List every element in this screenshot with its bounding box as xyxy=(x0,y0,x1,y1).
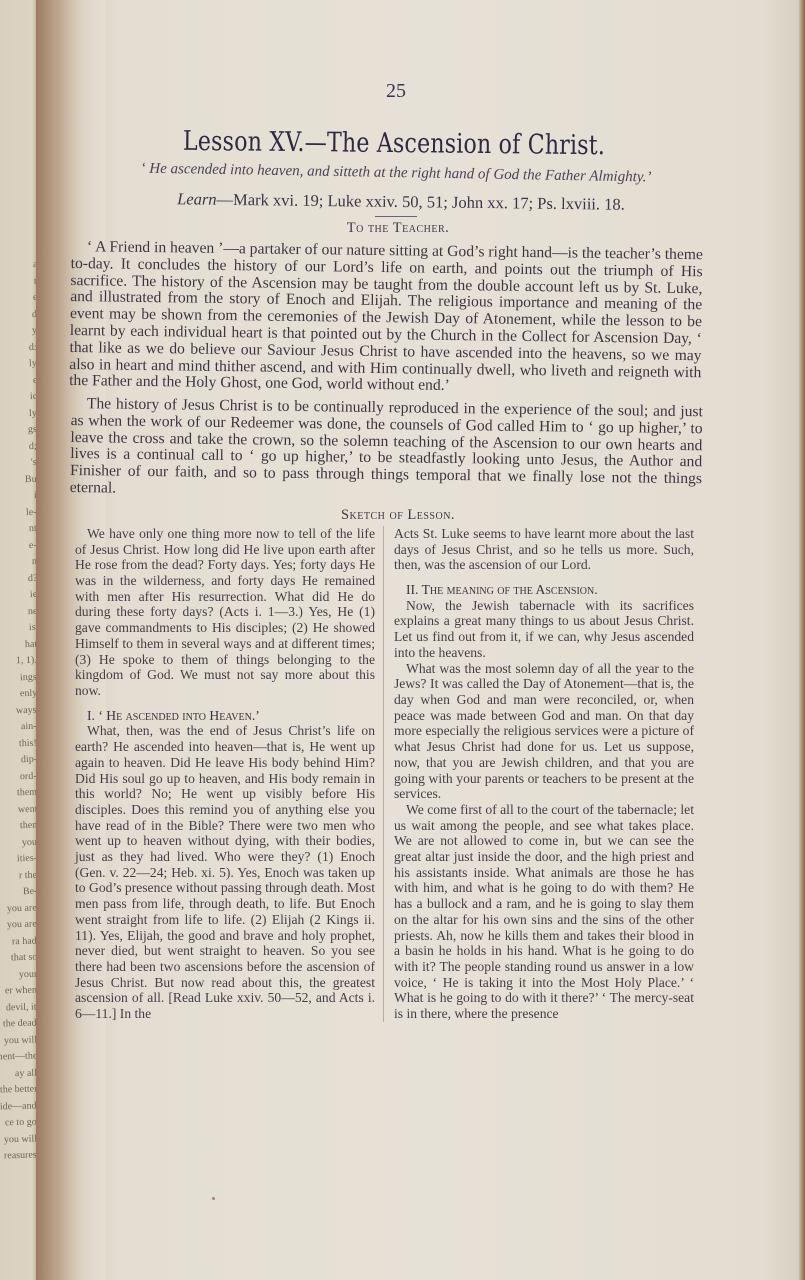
facing-page-text: you are xyxy=(7,918,37,933)
facing-page-text: them xyxy=(17,786,37,801)
facing-page-text: ce to go xyxy=(5,1116,37,1131)
facing-page-text: the better xyxy=(0,1083,37,1098)
right-column: Acts St. Luke seems to have learnt more … xyxy=(384,526,694,1022)
teacher-paragraph-1: ‘ A Friend in heaven ’—a partaker of our… xyxy=(69,239,703,398)
learn-label: Learn xyxy=(177,189,217,208)
learn-references: Learn—Mark xvi. 19; Luke xxiv. 50, 51; J… xyxy=(105,188,697,215)
facing-page-text: you will xyxy=(4,1033,37,1048)
lesson-motto: ‘ He ascended into heaven, and sitteth a… xyxy=(115,160,677,187)
section-two-paragraph-1: Now, the Jewish tabernacle with its sacr… xyxy=(394,598,694,661)
to-teacher-heading: To the Teacher. xyxy=(99,220,697,237)
section-two-heading: II. The meaning of the Ascension. xyxy=(394,582,694,598)
paper-fleck xyxy=(212,1197,215,1200)
facing-page-text: Be- xyxy=(22,885,37,899)
facing-page-text: you will xyxy=(4,1132,37,1147)
facing-page-text: reasures xyxy=(4,1149,37,1164)
sketch-heading: Sketch of Lesson. xyxy=(99,507,697,524)
facing-page-text: side—and xyxy=(0,1099,37,1114)
facing-page-text: ings xyxy=(20,670,37,684)
facing-page-text: ment—the xyxy=(0,1049,37,1064)
facing-page-text: you are xyxy=(7,901,37,916)
section-one-heading: I. ‘ He ascended into Heaven.’ xyxy=(75,708,375,724)
facing-page-text: r the xyxy=(19,868,37,882)
facing-page-text: that so xyxy=(10,951,37,966)
section-one-text: What, then, was the end of Jesus Christ’… xyxy=(75,723,375,1021)
facing-page-text: ain- xyxy=(21,720,37,734)
facing-page-text: then xyxy=(20,819,38,833)
facing-page-text: the dead xyxy=(3,1017,37,1032)
facing-page-text: 1, 1). xyxy=(16,654,37,669)
continuation-paragraph: Acts St. Luke seems to have learnt more … xyxy=(394,526,694,573)
facing-page-text: devil, it xyxy=(6,1000,37,1015)
divider xyxy=(375,216,417,217)
two-column-body: We have only one thing more now to tell … xyxy=(75,526,700,1022)
facing-page-text: enly xyxy=(20,687,38,701)
facing-page-text: ra had xyxy=(12,934,37,949)
facing-page-text: ord- xyxy=(20,769,37,783)
facing-page-text: you xyxy=(22,835,37,849)
facing-page-text: ay all xyxy=(15,1066,37,1081)
facing-page-text: ways xyxy=(16,703,37,718)
lesson-title: Lesson XV.—The Ascension of Christ. xyxy=(145,125,642,161)
facing-page-text: dip- xyxy=(21,753,37,767)
learn-refs: —Mark xvi. 19; Luke xxiv. 50, 51; John x… xyxy=(216,190,624,214)
section-two-paragraph-2: What was the most solemn day of all the … xyxy=(394,661,694,802)
intro-paragraph: We have only one thing more now to tell … xyxy=(75,526,375,699)
facing-page-text: ities- xyxy=(17,852,37,867)
page-number: 25 xyxy=(95,80,697,110)
facing-page-edge: atedyd:lyeiclygsd;'sBuile-nte-nd?ieneis'… xyxy=(0,0,40,1280)
facing-page-text: went xyxy=(17,802,37,817)
facing-page-text: this! xyxy=(19,736,37,750)
left-column: We have only one thing more now to tell … xyxy=(75,526,384,1022)
page-content: 25 Lesson XV.—The Ascension of Christ. ‘… xyxy=(85,80,697,1022)
facing-page-text: your xyxy=(18,967,37,981)
facing-page-text: er when xyxy=(5,984,37,999)
page-edge-right xyxy=(799,0,805,1280)
teacher-paragraph-2: The history of Jesus Christ is to be con… xyxy=(70,396,703,505)
section-two-paragraph-3: We come first of all to the court of the… xyxy=(394,802,694,1022)
